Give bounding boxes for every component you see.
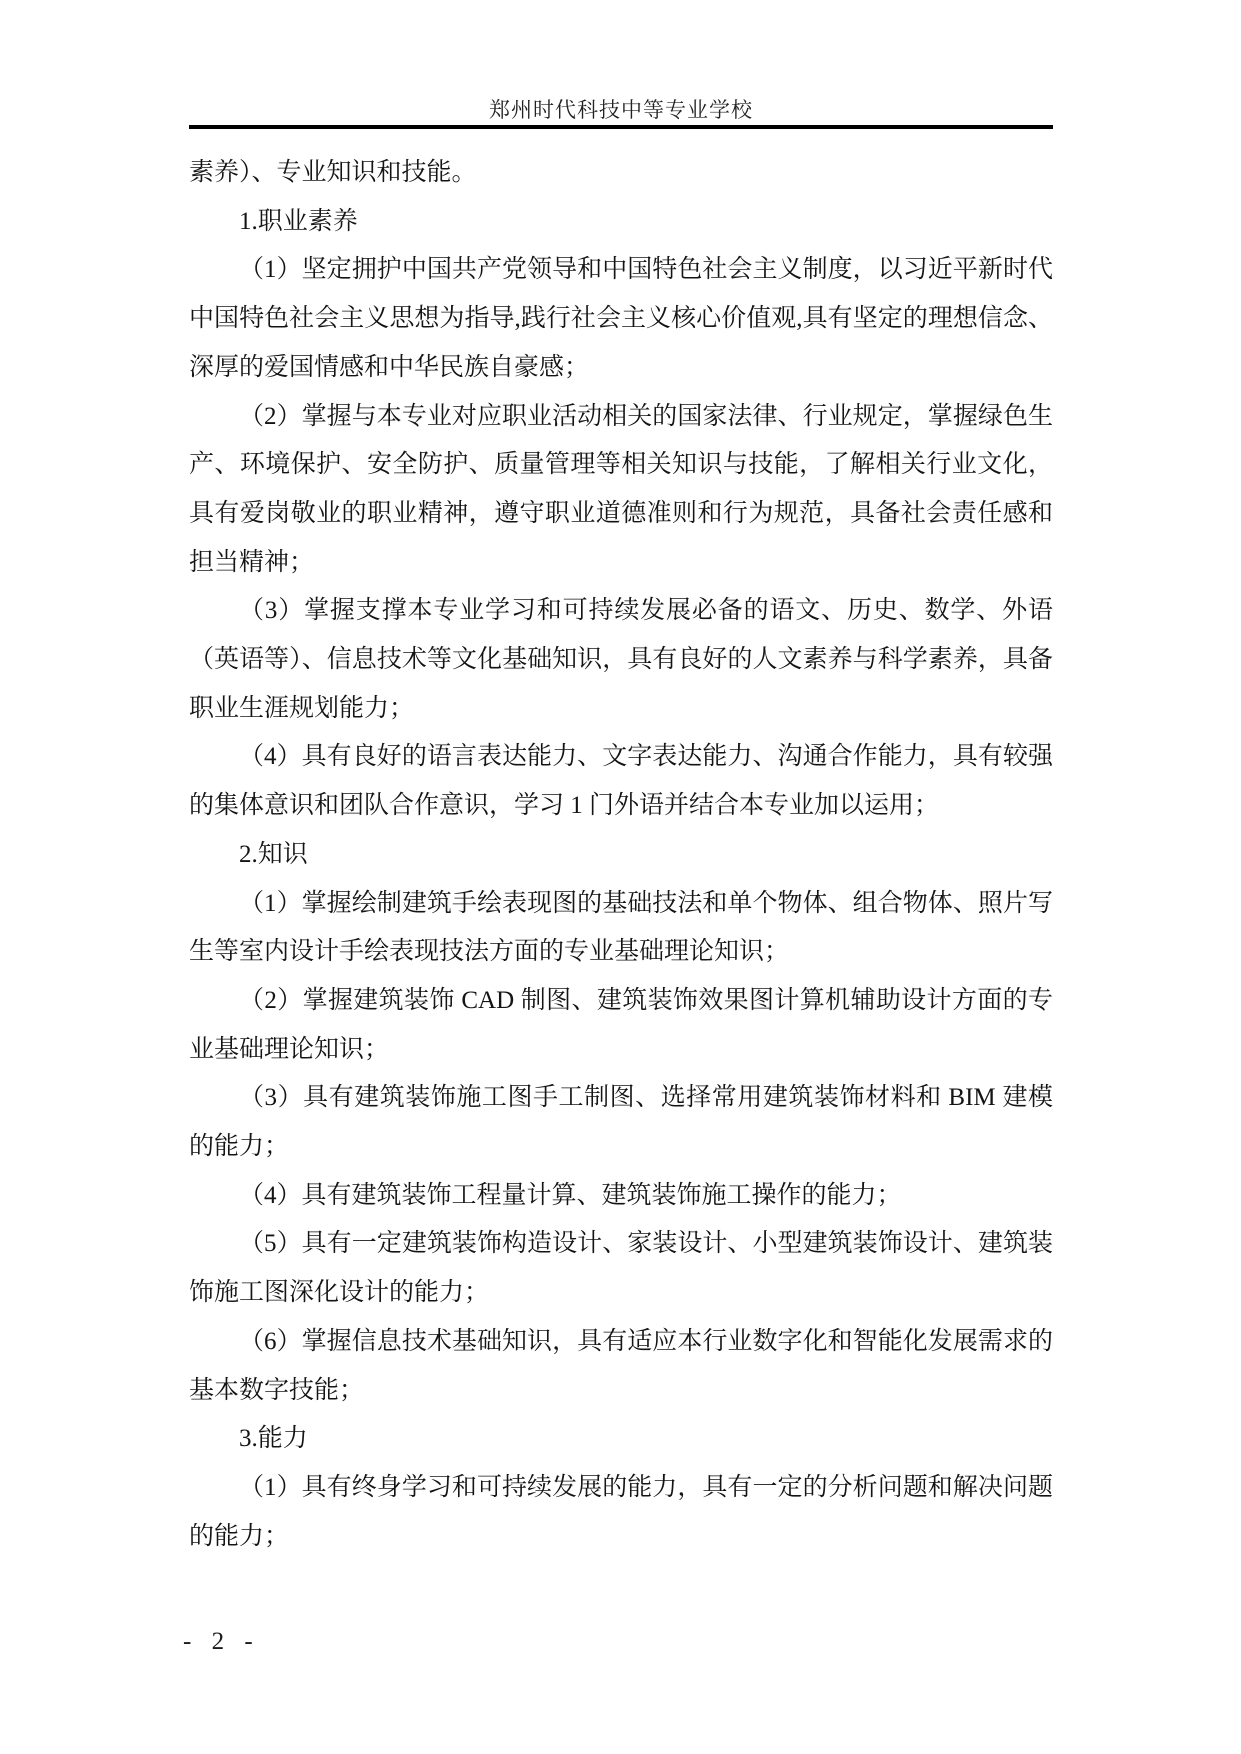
- paragraph: （3）掌握支撑本专业学习和可持续发展必备的语文、历史、数学、外语（英语等）、信息…: [189, 587, 1053, 733]
- paragraph: （3）具有建筑装饰施工图手工制图、选择常用建筑装饰材料和 BIM 建模的能力；: [189, 1074, 1053, 1171]
- paragraph: 1.职业素养: [189, 198, 1053, 247]
- header-rule: [189, 125, 1053, 129]
- paragraph: （2）掌握与本专业对应职业活动相关的国家法律、行业规定，掌握绿色生产、环境保护、…: [189, 393, 1053, 588]
- paragraph: （1）掌握绘制建筑手绘表现图的基础技法和单个物体、组合物体、照片写生等室内设计手…: [189, 880, 1053, 977]
- paragraph: （6）掌握信息技术基础知识，具有适应本行业数字化和智能化发展需求的基本数字技能；: [189, 1318, 1053, 1415]
- page-header-school-name: 郑州时代科技中等专业学校: [189, 98, 1053, 122]
- document-page: 郑州时代科技中等专业学校 素养）、专业知识和技能。1.职业素养（1）坚定拥护中国…: [0, 0, 1241, 1754]
- paragraph: （2）掌握建筑装饰 CAD 制图、建筑装饰效果图计算机辅助设计方面的专业基础理论…: [189, 977, 1053, 1074]
- paragraph: （5）具有一定建筑装饰构造设计、家装设计、小型建筑装饰设计、建筑装饰施工图深化设…: [189, 1220, 1053, 1317]
- paragraph: （1）具有终身学习和可持续发展的能力，具有一定的分析问题和解决问题的能力；: [189, 1464, 1053, 1561]
- page-number: - 2 -: [183, 1628, 260, 1656]
- document-body: 素养）、专业知识和技能。1.职业素养（1）坚定拥护中国共产党领导和中国特色社会主…: [189, 149, 1053, 1561]
- paragraph: 2.知识: [189, 831, 1053, 880]
- paragraph: （1）坚定拥护中国共产党领导和中国特色社会主义制度，以习近平新时代中国特色社会主…: [189, 246, 1053, 392]
- paragraph: 素养）、专业知识和技能。: [189, 149, 1053, 198]
- paragraph: 3.能力: [189, 1415, 1053, 1464]
- paragraph: （4）具有建筑装饰工程量计算、建筑装饰施工操作的能力；: [189, 1172, 1053, 1221]
- paragraph: （4）具有良好的语言表达能力、文字表达能力、沟通合作能力，具有较强的集体意识和团…: [189, 733, 1053, 830]
